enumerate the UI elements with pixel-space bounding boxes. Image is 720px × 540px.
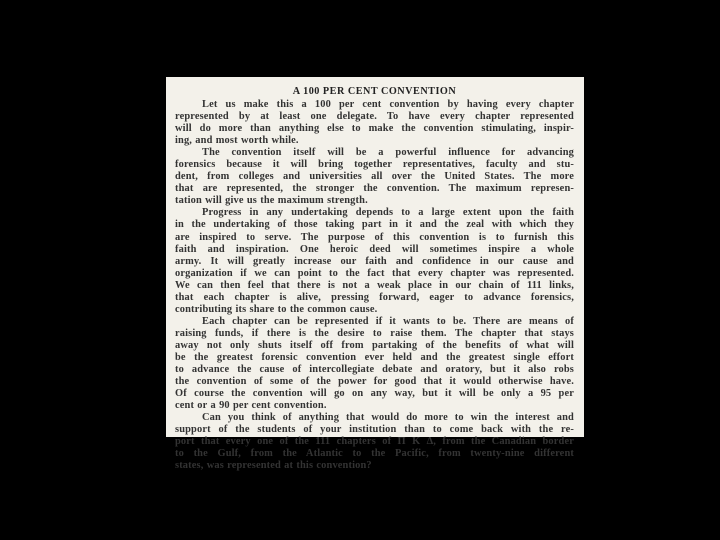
text-line: ing, and most worth while.: [175, 135, 574, 147]
text-line: support of the students of your institut…: [175, 424, 574, 436]
text-line: The convention itself will be a powerful…: [175, 147, 574, 159]
text-line: army. It will greatly increase our faith…: [175, 256, 574, 268]
text-line: raising funds, if there is the desire to…: [175, 328, 574, 340]
text-line: cent or a 90 per cent convention.: [175, 400, 574, 412]
text-line: states, was represented at this conventi…: [175, 460, 574, 472]
paragraph: Progress in any undertaking depends to a…: [175, 207, 574, 315]
text-line: to advance the cause of intercollegiate …: [175, 364, 574, 376]
text-line: Let us make this a 100 per cent conventi…: [175, 99, 574, 111]
text-line: organization if we can point to the fact…: [175, 268, 574, 280]
text-line: away not only shuts itself off from part…: [175, 340, 574, 352]
text-line: contributing its share to the common cau…: [175, 304, 574, 316]
text-line: that are represented, the stronger the c…: [175, 183, 574, 195]
paragraph: Can you think of anything that would do …: [175, 412, 574, 472]
paragraph: Each chapter can be represented if it wa…: [175, 316, 574, 412]
article-title: A 100 PER CENT CONVENTION: [175, 86, 574, 98]
paragraph: The convention itself will be a powerful…: [175, 147, 574, 207]
text-line: represented by at least one delegate. To…: [175, 111, 574, 123]
text-line: Can you think of anything that would do …: [175, 412, 574, 424]
text-line: that each chapter is alive, pressing for…: [175, 292, 574, 304]
text-line: dent, from colleges and universities all…: [175, 171, 574, 183]
article-body: Let us make this a 100 per cent conventi…: [175, 99, 574, 472]
text-line: will do more than anything else to make …: [175, 123, 574, 135]
text-line: the convention of some of the power for …: [175, 376, 574, 388]
text-line: We can then feel that there is not a wea…: [175, 280, 574, 292]
text-line: are inspired to serve. The purpose of th…: [175, 232, 574, 244]
text-line: Each chapter can be represented if it wa…: [175, 316, 574, 328]
text-line: be the greatest forensic convention ever…: [175, 352, 574, 364]
text-line: port that every one of the 111 chapters …: [175, 436, 574, 448]
text-line: Progress in any undertaking depends to a…: [175, 207, 574, 219]
text-line: faith and inspiration. One heroic deed w…: [175, 244, 574, 256]
text-line: to the Gulf, from the Atlantic to the Pa…: [175, 448, 574, 460]
scanned-page: A 100 PER CENT CONVENTION Let us make th…: [166, 77, 584, 437]
text-line: Of course the convention will go on any …: [175, 388, 574, 400]
text-line: forensics because it will bring together…: [175, 159, 574, 171]
text-line: in the undertaking of those taking part …: [175, 219, 574, 231]
text-line: tation will give us the maximum strength…: [175, 195, 574, 207]
paragraph: Let us make this a 100 per cent conventi…: [175, 99, 574, 147]
